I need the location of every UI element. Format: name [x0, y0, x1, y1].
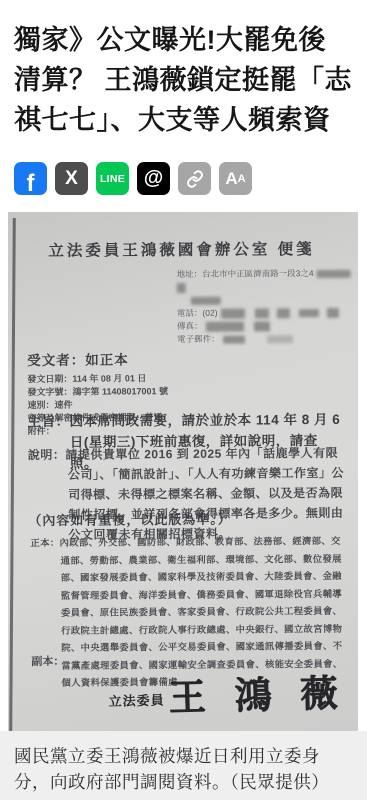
memo-cc: 副本：	[31, 653, 64, 669]
redaction-box	[191, 296, 221, 304]
article-headline: 獨家》公文曝光!大罷免後清算？ 王鴻薇鎖定挺罷「志祺七七」、大支等人頻索資	[14, 20, 353, 140]
memo-paper: 立法委員王鴻薇國會辦公室 便箋 地址：台北市中正區濟南路一段3之4 電話：(02…	[8, 212, 358, 731]
stamp-name: 王 鴻 薇	[168, 674, 346, 716]
facebook-share-button[interactable]: f	[14, 162, 47, 195]
redaction-box	[276, 308, 289, 318]
memo-duplicate-note: （內容如有重複，以此版為準。）	[28, 509, 232, 529]
redaction-box	[254, 308, 268, 318]
font-size-small-a: A	[238, 173, 246, 185]
figure-caption: 國民黨立委王鴻薇被爆近日利用立委身分，向政府部門調閱資料。（民眾提供）	[0, 731, 367, 800]
memo-email: 電子郵件：	[177, 334, 220, 344]
copy-link-button[interactable]	[178, 162, 211, 195]
memo-recipient: 受文者：如正本	[27, 348, 129, 369]
font-size-large-a: A	[225, 169, 237, 189]
threads-share-button[interactable]: @	[137, 162, 170, 195]
redaction-box	[298, 309, 318, 317]
redaction-box	[205, 321, 243, 331]
x-icon: X	[65, 168, 78, 190]
legislator-signature-stamp: 立法委員 王 鴻 薇	[108, 674, 346, 718]
redaction-box	[317, 270, 351, 278]
line-icon: LINE	[100, 173, 125, 185]
facebook-icon: f	[27, 170, 35, 198]
share-button-row: f X LINE @ AA	[14, 162, 367, 195]
line-share-button[interactable]: LINE	[96, 162, 129, 195]
document-photo[interactable]: 立法委員王鴻薇國會辦公室 便箋 地址：台北市中正區濟南路一段3之4 電話：(02…	[8, 212, 358, 731]
memo-address: 地址：台北市中正區濟南路一段3之4	[177, 268, 314, 279]
memo-issue-date: 發文日期：114 年 08 月 01 日	[27, 372, 168, 386]
redaction-box	[220, 308, 244, 318]
redaction-box	[223, 335, 245, 343]
x-share-button[interactable]: X	[55, 162, 88, 195]
redaction-box	[253, 321, 269, 331]
stamp-title: 立法委員	[109, 689, 166, 710]
memo-phone: 電話：(02)	[177, 308, 218, 318]
redaction-box	[267, 335, 293, 343]
link-icon	[186, 170, 204, 188]
memo-fax: 傳真：	[177, 321, 203, 331]
article-figure: 立法委員王鴻薇國會辦公室 便箋 地址：台北市中正區濟南路一段3之4 電話：(02…	[0, 212, 367, 800]
memo-office-title: 立法委員王鴻薇國會辦公室 便箋	[8, 237, 357, 261]
memo-description: 說明：請提供貴單位 2016 到 2025 年內「話鹿學人有限公司」、「簡訊設計…	[28, 443, 349, 545]
redaction-box	[326, 308, 338, 318]
caption-text: 國民黨立委王鴻薇被爆近日利用立委身分，向政府部門調閱資料。（民眾提供）	[14, 743, 353, 795]
memo-original-recipients: 正本：內政部、外交部、國防部、財政部、教育部、法務部、經濟部、交通部、勞動部、農…	[30, 533, 349, 693]
memo-doc-number: 發文字號：鴻字第 11408017001 號	[27, 385, 168, 399]
redaction-box	[177, 283, 186, 293]
memo-contact-block: 地址：台北市中正區濟南路一段3之4 電話：(02) 傳真： 電子郵件：	[177, 267, 352, 346]
threads-icon: @	[144, 167, 164, 190]
font-size-button[interactable]: AA	[219, 162, 252, 195]
